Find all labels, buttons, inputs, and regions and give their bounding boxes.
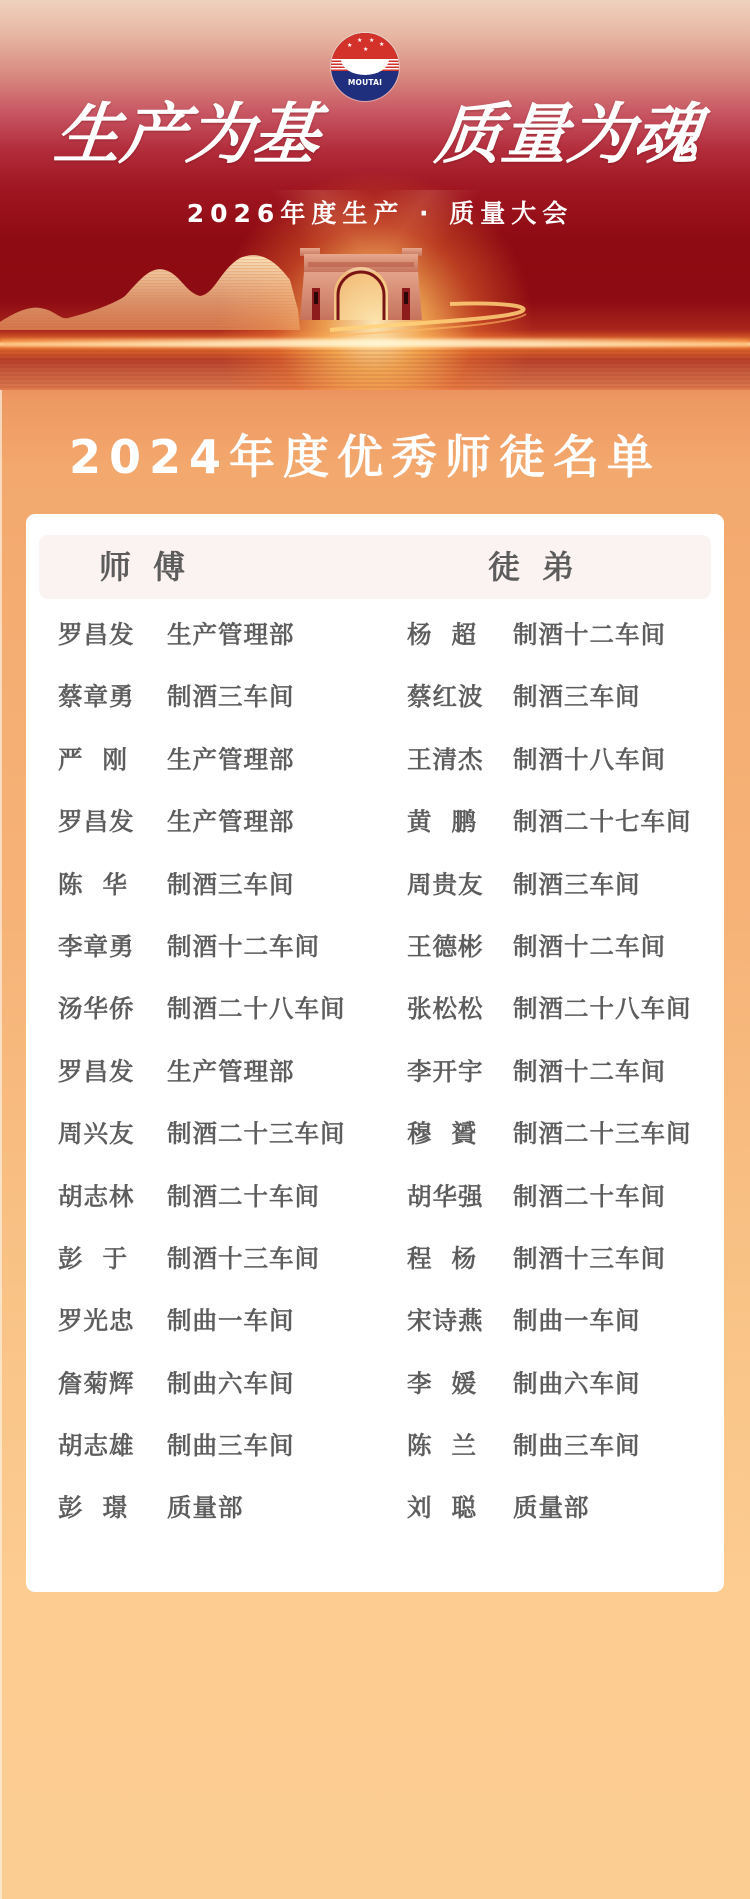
apprentice-name: 杨 超 [407, 604, 497, 666]
apprentice-name: 穆 贇 [407, 1103, 497, 1165]
master-name: 罗昌发 [58, 791, 148, 853]
table-row: 胡志林 制酒二十车间 胡华强 制酒二十车间 [26, 1166, 724, 1228]
master-name: 胡志林 [58, 1166, 148, 1228]
apprentice-name: 王德彬 [407, 916, 497, 978]
master-department: 制曲六车间 [167, 1353, 295, 1415]
table-row: 彭 璟 质量部 刘 聪 质量部 [26, 1477, 724, 1539]
master-department: 制酒十三车间 [167, 1228, 320, 1290]
logo-text: MOUTAI [331, 78, 399, 87]
master-name: 罗光忠 [58, 1290, 148, 1352]
apprentice-department: 制曲三车间 [513, 1415, 641, 1477]
apprentice-department: 制酒十三车间 [513, 1228, 666, 1290]
apprentice-department: 制酒二十三车间 [513, 1103, 692, 1165]
horizon-light-line [0, 339, 750, 347]
master-department: 制酒十二车间 [167, 916, 320, 978]
slogan: 生产为基 质量为魂 [55, 92, 700, 176]
list-title: 2024年度优秀师徒名单 [0, 426, 750, 488]
apprentice-department: 制酒二十八车间 [513, 978, 692, 1040]
master-department: 制酒三车间 [167, 666, 295, 728]
master-name: 严 刚 [58, 729, 148, 791]
table-row: 彭 于 制酒十三车间 程 杨 制酒十三车间 [26, 1228, 724, 1290]
event-banner: ★ ★ ★ ★ ★ MOUTAI 生产为基 质量为魂 2026年度生产 · 质量… [0, 0, 750, 390]
apprentice-name: 蔡红波 [407, 666, 497, 728]
master-name: 罗昌发 [58, 1041, 148, 1103]
table-header: 师傅 徒弟 [39, 535, 711, 599]
apprentice-name: 程 杨 [407, 1228, 497, 1290]
event-subtitle: 2026年度生产 · 质量大会 [0, 197, 750, 231]
master-department: 生产管理部 [167, 729, 295, 791]
master-name: 彭 于 [58, 1228, 148, 1290]
apprentice-department: 制酒十八车间 [513, 729, 666, 791]
master-department: 生产管理部 [167, 791, 295, 853]
table-row: 汤华侨 制酒二十八车间 张松松 制酒二十八车间 [26, 978, 724, 1040]
apprentice-department: 制酒十二车间 [513, 1041, 666, 1103]
table-row: 罗昌发 生产管理部 杨 超 制酒十二车间 [26, 604, 724, 666]
master-department: 制酒二十车间 [167, 1166, 320, 1228]
slogan-left: 生产为基 [51, 92, 324, 176]
table-row: 胡志雄 制曲三车间 陈 兰 制曲三车间 [26, 1415, 724, 1477]
apprentice-name: 王清杰 [407, 729, 497, 791]
apprentice-department: 质量部 [513, 1477, 590, 1539]
table-row: 詹菊辉 制曲六车间 李 媛 制曲六车间 [26, 1353, 724, 1415]
table-row: 罗昌发 生产管理部 黄 鹏 制酒二十七车间 [26, 791, 724, 853]
table-row: 李章勇 制酒十二车间 王德彬 制酒十二车间 [26, 916, 724, 978]
apprentice-department: 制曲一车间 [513, 1290, 641, 1352]
table-row: 罗光忠 制曲一车间 宋诗燕 制曲一车间 [26, 1290, 724, 1352]
apprentice-name: 胡华强 [407, 1166, 497, 1228]
apprentice-name: 张松松 [407, 978, 497, 1040]
master-name: 詹菊辉 [58, 1353, 148, 1415]
master-name: 罗昌发 [58, 604, 148, 666]
apprentice-name: 李开宇 [407, 1041, 497, 1103]
master-department: 质量部 [167, 1477, 244, 1539]
apprentice-department: 制酒三车间 [513, 666, 641, 728]
ground-stripes [0, 350, 750, 390]
master-name: 彭 璟 [58, 1477, 148, 1539]
master-department: 生产管理部 [167, 604, 295, 666]
logo-star-icon: ★ [369, 38, 374, 44]
apprentice-department: 制酒十二车间 [513, 604, 666, 666]
apprentice-name: 周贵友 [407, 854, 497, 916]
master-name: 陈 华 [58, 854, 148, 916]
table-row: 罗昌发 生产管理部 李开宇 制酒十二车间 [26, 1041, 724, 1103]
page-left-edge [0, 385, 2, 1899]
apprentice-department: 制酒十二车间 [513, 916, 666, 978]
master-name: 胡志雄 [58, 1415, 148, 1477]
table-body: 罗昌发 生产管理部 杨 超 制酒十二车间 蔡章勇 制酒三车间 蔡红波 制酒三车间… [26, 604, 724, 1540]
mentor-apprentice-card: 师傅 徒弟 罗昌发 生产管理部 杨 超 制酒十二车间 蔡章勇 制酒三车间 蔡红波… [26, 514, 724, 1592]
master-name: 蔡章勇 [58, 666, 148, 728]
table-row: 陈 华 制酒三车间 周贵友 制酒三车间 [26, 854, 724, 916]
table-row: 严 刚 生产管理部 王清杰 制酒十八车间 [26, 729, 724, 791]
logo-star-icon: ★ [363, 47, 368, 53]
apprentice-name: 李 媛 [407, 1353, 497, 1415]
master-name: 周兴友 [58, 1103, 148, 1165]
apprentice-department: 制酒二十七车间 [513, 791, 692, 853]
logo-white-peak [341, 59, 389, 75]
master-name: 汤华侨 [58, 978, 148, 1040]
slogan-right: 质量为魂 [432, 92, 705, 176]
column-header-apprentice: 徒弟 [488, 535, 596, 599]
apprentice-department: 制曲六车间 [513, 1353, 641, 1415]
logo-star-icon: ★ [357, 38, 362, 44]
master-department: 制曲一车间 [167, 1290, 295, 1352]
master-department: 制曲三车间 [167, 1415, 295, 1477]
table-row: 蔡章勇 制酒三车间 蔡红波 制酒三车间 [26, 666, 724, 728]
master-department: 制酒三车间 [167, 854, 295, 916]
column-header-master: 师傅 [99, 535, 207, 599]
apprentice-name: 黄 鹏 [407, 791, 497, 853]
logo-star-icon: ★ [379, 42, 384, 48]
master-department: 生产管理部 [167, 1041, 295, 1103]
master-department: 制酒二十三车间 [167, 1103, 346, 1165]
master-department: 制酒二十八车间 [167, 978, 346, 1040]
apprentice-department: 制酒三车间 [513, 854, 641, 916]
apprentice-name: 宋诗燕 [407, 1290, 497, 1352]
apprentice-name: 陈 兰 [407, 1415, 497, 1477]
stone-archway-graphic [298, 248, 424, 320]
table-row: 周兴友 制酒二十三车间 穆 贇 制酒二十三车间 [26, 1103, 724, 1165]
master-name: 李章勇 [58, 916, 148, 978]
moutai-logo: ★ ★ ★ ★ ★ MOUTAI [331, 33, 399, 101]
apprentice-department: 制酒二十车间 [513, 1166, 666, 1228]
apprentice-name: 刘 聪 [407, 1477, 497, 1539]
logo-star-icon: ★ [347, 43, 352, 49]
